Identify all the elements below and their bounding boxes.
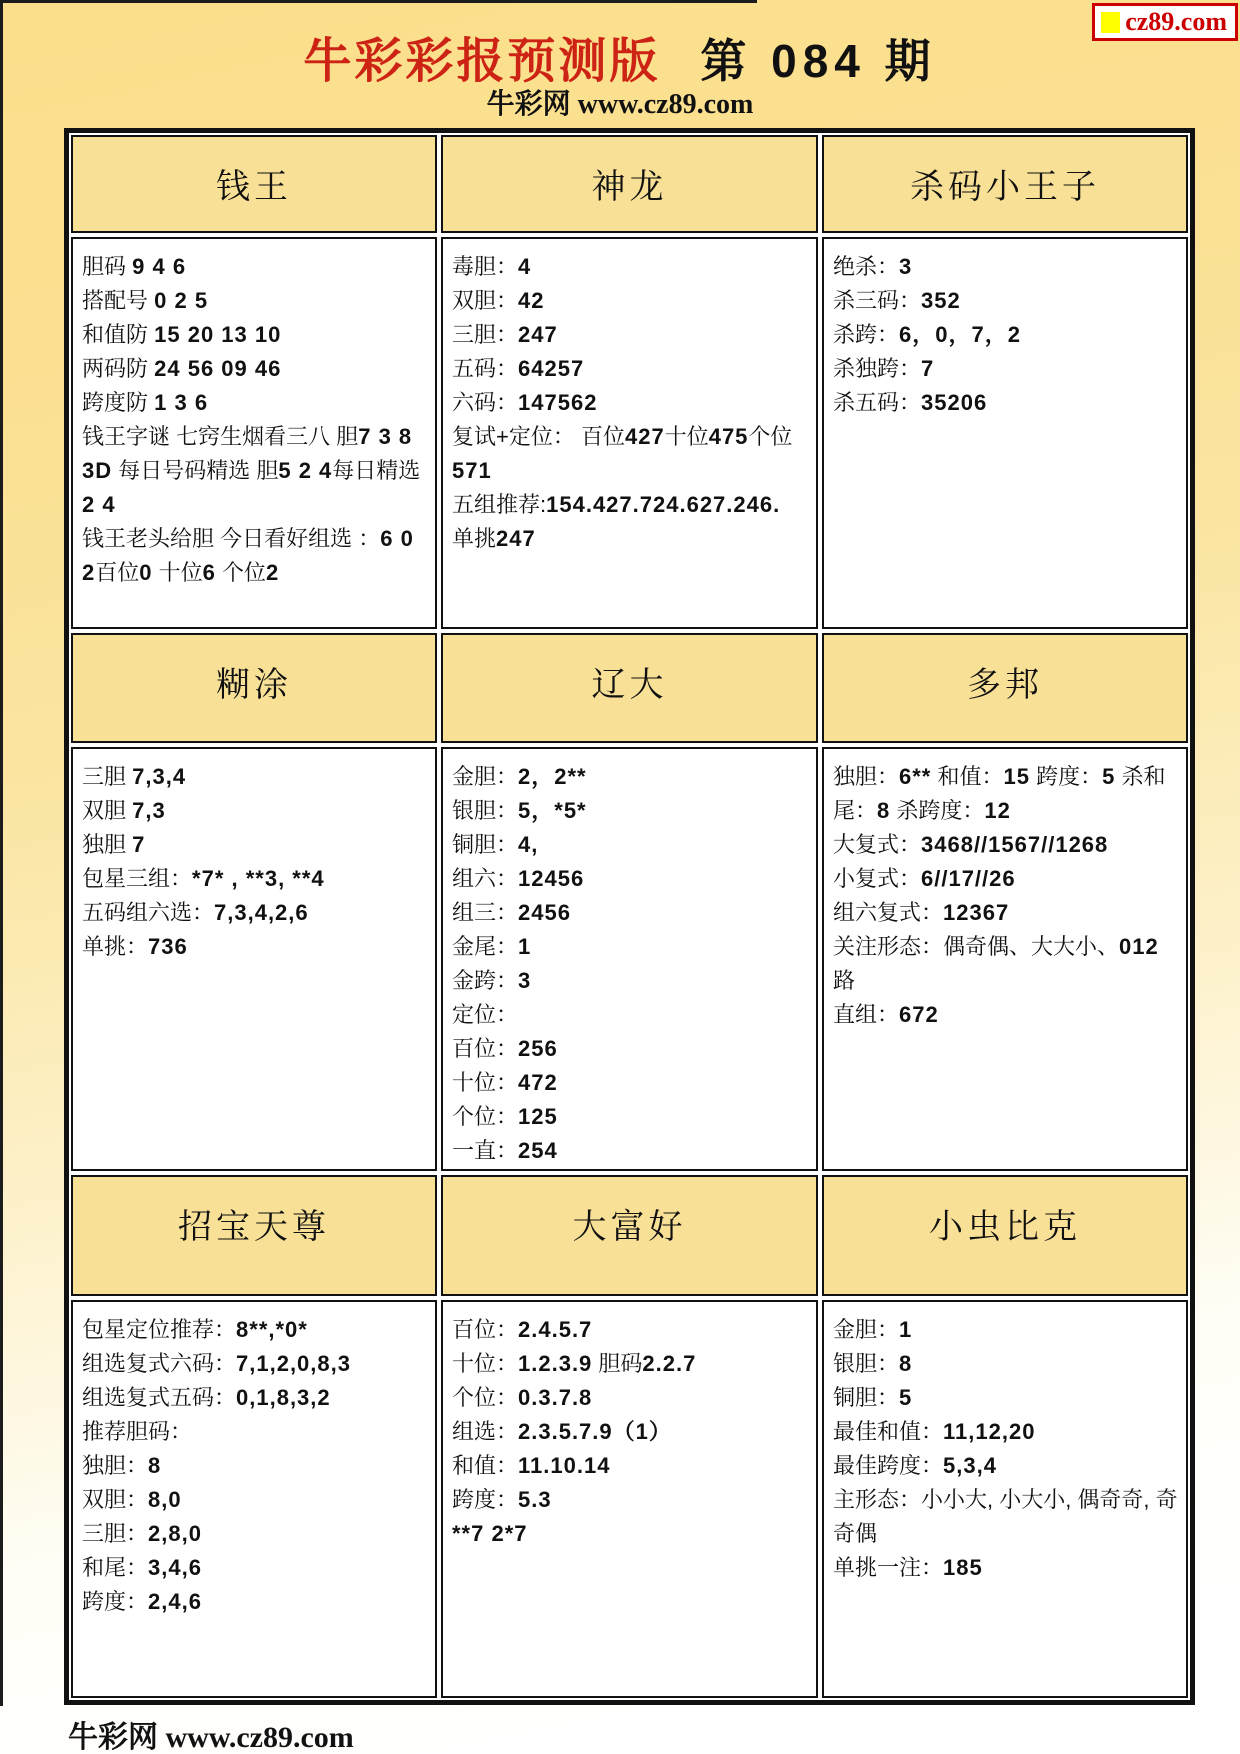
cell-line: 独胆：6** 和值：15 跨度：5 杀和尾：8 杀跨度：12 xyxy=(833,760,1178,828)
label-text: 金胆： xyxy=(452,764,518,789)
cell-line: 和尾：3,4,6 xyxy=(82,1551,427,1585)
cell-line: 十位：1.2.3.9 胆码2.2.7 xyxy=(452,1347,808,1381)
label-text: 组选： xyxy=(452,1419,518,1444)
cell-line: 独胆：8 xyxy=(82,1449,427,1483)
label-text: 毒胆： xyxy=(452,254,518,279)
label-text: 双胆： xyxy=(82,1487,148,1512)
value-text: 15 20 13 10 xyxy=(154,322,281,347)
cell-header-6: 招宝天尊 xyxy=(71,1175,437,1296)
cell-line: 双胆：42 xyxy=(452,284,808,318)
cell-line: 跨度防 1 3 6 xyxy=(82,386,427,420)
cell-line: 3D 每日号码精选 胆5 2 4每日精选 2 4 xyxy=(82,454,427,522)
label-text: 最佳和值： xyxy=(833,1419,943,1444)
value-text: 2.2.7 xyxy=(642,1351,696,1376)
cell-title: 招宝天尊 xyxy=(178,1209,330,1246)
cell-line: 单挑一注：185 xyxy=(833,1551,1178,1585)
cell-header-3: 糊涂 xyxy=(71,633,437,743)
label-text: 十位 xyxy=(665,424,709,449)
value-text: 4 xyxy=(518,254,531,279)
label-text: 单挑一注： xyxy=(833,1555,943,1580)
cell-line: 主形态：小小大, 小大小, 偶奇奇, 奇奇偶 xyxy=(833,1483,1178,1551)
label-text: 包星三组： xyxy=(82,866,192,891)
value-text: 2,8,0 xyxy=(148,1521,202,1546)
cell-line: 金胆：1 xyxy=(833,1313,1178,1347)
label-text: 十位： xyxy=(452,1070,518,1095)
label-text: 个位 xyxy=(216,560,266,585)
value-text: 0 xyxy=(139,560,152,585)
value-text: 15 xyxy=(1003,764,1029,789)
cell-title: 神龙 xyxy=(591,169,667,206)
cell-line: 铜胆：5 xyxy=(833,1381,1178,1415)
label-text: 两码防 xyxy=(82,356,154,381)
value-text: 7,3 xyxy=(132,798,166,823)
value-text: 7 xyxy=(132,832,145,857)
cell-line: 推荐胆码： xyxy=(82,1415,427,1449)
value-text: 6** xyxy=(899,764,931,789)
label-text: 金胆： xyxy=(833,1317,899,1342)
value-text: 2.3.5.7.9（1） xyxy=(518,1419,672,1444)
value-text: 2 4 xyxy=(82,492,116,517)
cell-line: 毒胆：4 xyxy=(452,250,808,284)
value-text: 12456 xyxy=(518,866,584,891)
value-text: 185 xyxy=(943,1555,983,1580)
label-text: 直组： xyxy=(833,1002,899,1027)
cell-line: 钱王老头给胆 今日看好组选 ：6 0 2百位0 十位6 个位2 xyxy=(82,522,427,590)
cell-header-7: 大富好 xyxy=(441,1175,818,1296)
cell-line: 复试+定位： 百位427十位475个位571 xyxy=(452,420,808,488)
value-text: 147562 xyxy=(518,390,597,415)
value-text: 1 3 6 xyxy=(154,390,208,415)
value-text: 7 xyxy=(921,356,934,381)
value-text: 0.3.7.8 xyxy=(518,1385,592,1410)
cell-body-5: 独胆：6** 和值：15 跨度：5 杀和尾：8 杀跨度：12大复式：3468//… xyxy=(822,747,1188,1171)
label-text: 大复式： xyxy=(833,832,921,857)
label-text: 五码： xyxy=(452,356,518,381)
label-text: 百位： xyxy=(452,1036,518,1061)
cell-line: 三胆：247 xyxy=(452,318,808,352)
cell-body-0: 胆码 9 4 6搭配号 0 2 5和值防 15 20 13 10两码防 24 5… xyxy=(71,237,437,629)
cell-line: 最佳和值：11,12,20 xyxy=(833,1415,1178,1449)
cell-header-8: 小虫比克 xyxy=(822,1175,1188,1296)
value-text: 8 xyxy=(148,1453,161,1478)
value-text: 247 xyxy=(496,526,536,551)
value-text: 0,1,8,3,2 xyxy=(236,1385,331,1410)
label-text: 一直： xyxy=(452,1138,518,1163)
value-text: 24 56 09 46 xyxy=(154,356,281,381)
value-text: 5,3,4 xyxy=(943,1453,997,1478)
label-text: 六码： xyxy=(452,390,518,415)
cell-line: 直组：672 xyxy=(833,998,1178,1032)
label-text: 组选复式五码： xyxy=(82,1385,236,1410)
value-text: 6//17//26 xyxy=(921,866,1016,891)
value-text: 7,1,2,0,8,3 xyxy=(236,1351,351,1376)
cell-line: 组三：2456 xyxy=(452,896,808,930)
scan-edge-left-artifact xyxy=(0,0,3,1706)
cell-line: 跨度：2,4,6 xyxy=(82,1585,427,1619)
label-text: 钱王老头给胆 今日看好组选 ： xyxy=(82,526,380,551)
value-text: 12 xyxy=(984,798,1010,823)
cell-title: 糊涂 xyxy=(216,667,292,704)
label-text: 杀独跨： xyxy=(833,356,921,381)
label-text: 单挑： xyxy=(82,934,148,959)
label-text: 铜胆： xyxy=(452,832,518,857)
label-text: 杀跨： xyxy=(833,322,899,347)
cell-body-4: 金胆：2，2**银胆：5，*5*铜胆：4,组六：12456组三：2456金尾：1… xyxy=(441,747,818,1171)
cell-line: 百位：256 xyxy=(452,1032,808,1066)
cell-line: 和值防 15 20 13 10 xyxy=(82,318,427,352)
value-text: 125 xyxy=(518,1104,558,1129)
value-text: 8**,*0* xyxy=(236,1317,308,1342)
label-text: 路 xyxy=(833,968,855,993)
cell-line: 金尾：1 xyxy=(452,930,808,964)
cell-line: 组选：2.3.5.7.9（1） xyxy=(452,1415,808,1449)
cell-line: 大复式：3468//1567//1268 xyxy=(833,828,1178,862)
cell-body-7: 百位：2.4.5.7十位：1.2.3.9 胆码2.2.7个位：0.3.7.8组选… xyxy=(441,1300,818,1698)
page-footer: 牛彩网 www.cz89.com xyxy=(68,1712,354,1754)
prediction-table: 钱王神龙杀码小王子胆码 9 4 6搭配号 0 2 5和值防 15 20 13 1… xyxy=(64,128,1195,1705)
cell-line: 一直：254 xyxy=(452,1134,808,1168)
label-text: 包星定位推荐： xyxy=(82,1317,236,1342)
label-text: 小复式： xyxy=(833,866,921,891)
value-text: 7 3 8 xyxy=(358,424,412,449)
scan-edge-top-artifact xyxy=(0,0,757,3)
value-text: 1 xyxy=(899,1317,912,1342)
value-text: 5 2 4 xyxy=(278,458,332,483)
label-text: 三胆： xyxy=(82,1521,148,1546)
value-text: 3,4,6 xyxy=(148,1555,202,1580)
cell-title: 辽大 xyxy=(591,667,667,704)
value-text: 256 xyxy=(518,1036,558,1061)
site-subtitle: 牛彩网 www.cz89.com xyxy=(0,82,1240,122)
cell-line: 搭配号 0 2 5 xyxy=(82,284,427,318)
cell-line: 和值：11.10.14 xyxy=(452,1449,808,1483)
cell-header-4: 辽大 xyxy=(441,633,818,743)
value-text: 5.3 xyxy=(518,1487,552,1512)
value-text: 7,3,4,2,6 xyxy=(214,900,309,925)
label-text: 组六复式： xyxy=(833,900,943,925)
label-text: 百位 xyxy=(95,560,139,585)
cell-header-5: 多邦 xyxy=(822,633,1188,743)
value-text: 9 4 6 xyxy=(132,254,186,279)
value-text: 3468//1567//1268 xyxy=(921,832,1108,857)
label-text: 个位： xyxy=(452,1104,518,1129)
value-text: *7* , **3, **4 xyxy=(192,866,325,891)
cell-line: 个位：125 xyxy=(452,1100,808,1134)
cell-line: 三胆 7,3,4 xyxy=(82,760,427,794)
cell-line: 杀三码：352 xyxy=(833,284,1178,318)
cell-title: 小虫比克 xyxy=(929,1209,1081,1246)
label-text: 五组推荐: xyxy=(452,492,546,517)
cell-line: 双胆 7,3 xyxy=(82,794,427,828)
value-text: 5 xyxy=(899,1385,912,1410)
label-text: 组选复式六码： xyxy=(82,1351,236,1376)
value-text: 472 xyxy=(518,1070,558,1095)
value-text: 5 xyxy=(1102,764,1115,789)
value-text: 3 xyxy=(899,254,912,279)
cell-line: 两码防 24 56 09 46 xyxy=(82,352,427,386)
cell-line: 关注形态：偶奇偶、大大小、012路 xyxy=(833,930,1178,998)
page-title: 牛彩彩报预测版第 084 期 xyxy=(0,22,1240,91)
label-text: 关注形态：偶奇偶、大大小、 xyxy=(833,934,1119,959)
label-text: 胆码 xyxy=(82,254,132,279)
cell-line: 六码：147562 xyxy=(452,386,808,420)
value-text: 154.427.724.627.246. xyxy=(546,492,780,517)
value-text: 8,0 xyxy=(148,1487,182,1512)
cell-line: 银胆：5，*5* xyxy=(452,794,808,828)
label-text: 最佳跨度： xyxy=(833,1453,943,1478)
label-text: 复试+定位： 百位 xyxy=(452,424,625,449)
label-text: 跨度防 xyxy=(82,390,154,415)
value-text: 5，*5* xyxy=(518,798,587,823)
value-text: 42 xyxy=(518,288,544,313)
value-text: 247 xyxy=(518,322,558,347)
cell-line: 包星三组：*7* , **3, **4 xyxy=(82,862,427,896)
cell-line: 金跨：3 xyxy=(452,964,808,998)
label-text: 和值： xyxy=(931,764,1003,789)
value-text: 1.2.3.9 xyxy=(518,1351,592,1376)
cell-line: 组六复式：12367 xyxy=(833,896,1178,930)
cell-line: 杀五码：35206 xyxy=(833,386,1178,420)
value-text: 6 xyxy=(203,560,216,585)
label-text: 绝杀： xyxy=(833,254,899,279)
value-text: 352 xyxy=(921,288,961,313)
label-text: 五码组六选： xyxy=(82,900,214,925)
value-text: 6，0，7，2 xyxy=(899,322,1021,347)
value-text: 012 xyxy=(1119,934,1159,959)
label-text: 三胆 xyxy=(82,764,132,789)
label-text: 独胆： xyxy=(833,764,899,789)
cell-line: 包星定位推荐：8**,*0* xyxy=(82,1313,427,1347)
cell-line: 个位：0.3.7.8 xyxy=(452,1381,808,1415)
cell-line: 跨度：5.3 xyxy=(452,1483,808,1517)
cell-body-8: 金胆：1银胆：8铜胆：5最佳和值：11,12,20最佳跨度：5,3,4主形态：小… xyxy=(822,1300,1188,1698)
cell-line: 五码：64257 xyxy=(452,352,808,386)
cell-header-2: 杀码小王子 xyxy=(822,135,1188,233)
cell-title: 大富好 xyxy=(572,1209,686,1246)
cell-title: 杀码小王子 xyxy=(910,169,1100,206)
value-text: 0 2 5 xyxy=(154,288,208,313)
label-text: 双胆： xyxy=(452,288,518,313)
cell-body-1: 毒胆：4双胆：42三胆：247五码：64257六码：147562复试+定位： 百… xyxy=(441,237,818,629)
label-text: 十位 xyxy=(153,560,203,585)
cell-line: 杀独跨：7 xyxy=(833,352,1178,386)
cell-line: 单挑247 xyxy=(452,522,808,556)
label-text: 杀跨度： xyxy=(890,798,984,823)
label-text: 跨度： xyxy=(1030,764,1102,789)
cell-header-0: 钱王 xyxy=(71,135,437,233)
label-text: 钱王字谜 七窍生烟看三八 胆 xyxy=(82,424,358,449)
value-text: 11,12,20 xyxy=(943,1419,1035,1444)
cell-body-3: 三胆 7,3,4双胆 7,3独胆 7包星三组：*7* , **3, **4五码组… xyxy=(71,747,437,1171)
label-text: 个位： xyxy=(452,1385,518,1410)
label-text: 组三： xyxy=(452,900,518,925)
label-text: 杀三码： xyxy=(833,288,921,313)
cell-line: 定位： xyxy=(452,998,808,1032)
value-text: 7,3,4 xyxy=(132,764,186,789)
label-text: 定位： xyxy=(452,1002,518,1027)
title-main: 牛彩彩报预测版 xyxy=(303,35,660,88)
cell-line: 组选复式六码：7,1,2,0,8,3 xyxy=(82,1347,427,1381)
label-text: 主形态：小小大, 小大小, 偶奇奇, 奇奇偶 xyxy=(833,1487,1178,1546)
value-text: 35206 xyxy=(921,390,987,415)
cell-line: 百位：2.4.5.7 xyxy=(452,1313,808,1347)
cell-line: 十位：472 xyxy=(452,1066,808,1100)
value-text: 4, xyxy=(518,832,538,857)
cell-line: 独胆 7 xyxy=(82,828,427,862)
cell-line: 铜胆：4, xyxy=(452,828,808,862)
label-text: 个位 xyxy=(748,424,792,449)
value-text: 3 xyxy=(518,968,531,993)
value-text: 12367 xyxy=(943,900,1009,925)
cell-line: 银胆：8 xyxy=(833,1347,1178,1381)
value-text: 254 xyxy=(518,1138,558,1163)
cell-line: 单挑：736 xyxy=(82,930,427,964)
label-text: 双胆 xyxy=(82,798,132,823)
label-text: 独胆 xyxy=(82,832,132,857)
value-text: 2 xyxy=(266,560,279,585)
cell-line: 小复式：6//17//26 xyxy=(833,862,1178,896)
value-text: 64257 xyxy=(518,356,584,381)
value-text: 2,4,6 xyxy=(148,1589,202,1614)
value-text: 8 xyxy=(899,1351,912,1376)
cell-line: 五组推荐:154.427.724.627.246. xyxy=(452,488,808,522)
value-text: **7 2*7 xyxy=(452,1521,528,1546)
value-text: 571 xyxy=(452,458,492,483)
cell-line: 杀跨：6，0，7，2 xyxy=(833,318,1178,352)
label-text: 十位： xyxy=(452,1351,518,1376)
label-text: 和尾： xyxy=(82,1555,148,1580)
label-text: 铜胆： xyxy=(833,1385,899,1410)
label-text: 组六： xyxy=(452,866,518,891)
label-text: 和值防 xyxy=(82,322,154,347)
label-text: 杀五码： xyxy=(833,390,921,415)
value-text: 2.4.5.7 xyxy=(518,1317,592,1342)
cell-line: **7 2*7 xyxy=(452,1517,808,1551)
label-text: 金尾： xyxy=(452,934,518,959)
value-text: 427 xyxy=(625,424,665,449)
value-text: 11.10.14 xyxy=(518,1453,610,1478)
cell-line: 双胆：8,0 xyxy=(82,1483,427,1517)
label-text: 搭配号 xyxy=(82,288,154,313)
label-text: 和值： xyxy=(452,1453,518,1478)
value-text: 2456 xyxy=(518,900,571,925)
title-issue-number: 第 084 期 xyxy=(700,35,936,87)
cell-title: 钱王 xyxy=(216,169,292,206)
label-text: 银胆： xyxy=(833,1351,899,1376)
cell-body-2: 绝杀：3杀三码：352杀跨：6，0，7，2杀独跨：7杀五码：35206 xyxy=(822,237,1188,629)
cell-line: 金胆：2，2** xyxy=(452,760,808,794)
cell-line: 钱王字谜 七窍生烟看三八 胆7 3 8 xyxy=(82,420,427,454)
cell-line: 组六：12456 xyxy=(452,862,808,896)
label-text: 每日精选 xyxy=(332,458,420,483)
cell-line: 五码组六选：7,3,4,2,6 xyxy=(82,896,427,930)
cell-body-6: 包星定位推荐：8**,*0*组选复式六码：7,1,2,0,8,3组选复式五码：0… xyxy=(71,1300,437,1698)
cell-line: 胆码 9 4 6 xyxy=(82,250,427,284)
label-text: 单挑 xyxy=(452,526,496,551)
cell-line: 最佳跨度：5,3,4 xyxy=(833,1449,1178,1483)
value-text: 1 xyxy=(518,934,531,959)
cell-line: 三胆：2,8,0 xyxy=(82,1517,427,1551)
value-text: 8 xyxy=(877,798,890,823)
value-text: 2，2** xyxy=(518,764,587,789)
label-text: 银胆： xyxy=(452,798,518,823)
label-text: 推荐胆码： xyxy=(82,1419,192,1444)
cell-title: 多邦 xyxy=(967,667,1043,704)
label-text: 百位： xyxy=(452,1317,518,1342)
label-text: 每日号码精选 胆 xyxy=(112,458,278,483)
value-text: 672 xyxy=(899,1002,939,1027)
cell-header-1: 神龙 xyxy=(441,135,818,233)
value-text: 736 xyxy=(148,934,188,959)
value-text: 475 xyxy=(709,424,749,449)
label-text: 金跨： xyxy=(452,968,518,993)
cell-line: 绝杀：3 xyxy=(833,250,1178,284)
cell-line: 组选复式五码：0,1,8,3,2 xyxy=(82,1381,427,1415)
label-text: 胆码 xyxy=(592,1351,642,1376)
label-text: 独胆： xyxy=(82,1453,148,1478)
value-text: 3D xyxy=(82,458,112,483)
label-text: 跨度： xyxy=(452,1487,518,1512)
label-text: 跨度： xyxy=(82,1589,148,1614)
label-text: 三胆： xyxy=(452,322,518,347)
